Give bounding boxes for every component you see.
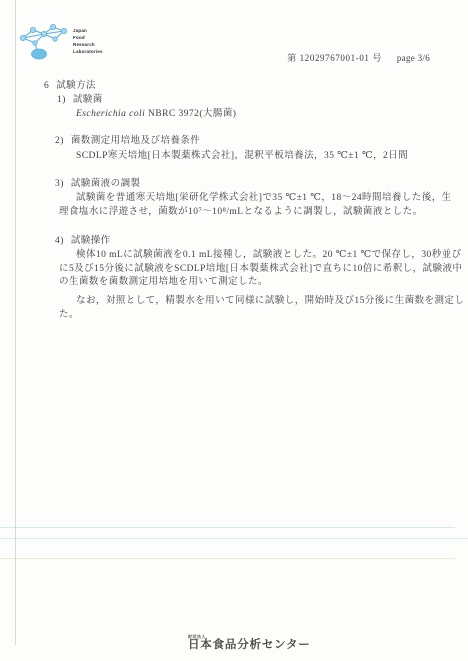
footer-org-name: 日本食品分析センター: [188, 639, 311, 652]
footer-logo: 財団法人 日本食品分析センター: [188, 634, 311, 652]
logo-wordmark: Japan Food Research Laboratories: [73, 27, 103, 55]
document-number-line: 第 12029767001-01 号 page 3/6: [287, 51, 430, 64]
subsection-4-line-1: 検体10 mLに試験菌液を0.1 mL接種し，試験液とした。20 ℃±1 ℃で保…: [76, 249, 462, 261]
subsection-1-number: 1): [57, 95, 66, 105]
species-name: Escherichia coli: [76, 109, 145, 119]
subsection-2-title: 菌数測定用培地及び培養条件: [71, 136, 200, 146]
section-heading: 6試験方法: [44, 80, 96, 92]
section-title: 試験方法: [56, 81, 96, 91]
subsection-4-heading: 4)試験操作: [55, 235, 111, 247]
subsection-2-line-1: SCDLP寒天培地[日本製薬株式会社]，混釈平板培養法，35 ℃±1 ℃，2日間: [76, 150, 408, 162]
subsection-1-heading: 1)試験菌: [57, 94, 103, 106]
document-page: Japan Food Research Laboratories 第 12029…: [0, 0, 468, 661]
subsection-4-line-5: た。: [59, 309, 79, 321]
subsection-3-line-2: 理食塩水に浮遊させ，菌数が10⁷～10⁸/mLとなるように調製し，試験菌液とした…: [59, 206, 423, 218]
subsection-3-heading: 3)試験菌液の調製: [55, 178, 140, 190]
logo-line-3: Research: [73, 41, 103, 48]
section-number: 6: [44, 81, 49, 91]
logo-line-1: Japan: [73, 27, 103, 34]
scan-artifact-vertical-line: [15, 0, 16, 645]
scan-artifact-blue-line-2: [0, 538, 468, 539]
subsection-2-number: 2): [55, 136, 64, 146]
subsection-4-line-4: なお，対照として，精製水を用いて同様に試験し，開始時及び15分後に生菌数を測定し: [76, 295, 464, 307]
subsection-2-heading: 2)菌数測定用培地及び培養条件: [55, 135, 200, 147]
jfrl-logo: Japan Food Research Laboratories: [18, 23, 103, 61]
molecule-logo-icon: [18, 23, 70, 61]
subsection-3-title: 試験菌液の調製: [71, 179, 141, 189]
subsection-1-title: 試験菌: [73, 95, 103, 105]
subsection-4-title: 試験操作: [71, 236, 111, 246]
subsection-1-content: Escherichia coli NBRC 3972(大腸菌): [76, 108, 236, 120]
subsection-4-number: 4): [55, 236, 64, 246]
scan-artifact-yellow-line: [0, 558, 455, 559]
strain-id: NBRC 3972(大腸菌): [145, 109, 236, 119]
document-number: 第 12029767001-01 号: [287, 53, 382, 63]
logo-line-4: Laboratories: [73, 48, 103, 55]
logo-line-2: Food: [73, 34, 103, 41]
page-indicator: page 3/6: [397, 53, 430, 63]
scan-artifact-blue-line-1: [0, 527, 455, 528]
subsection-4-line-2: に5及び15分後に試験液をSCDLP培地[日本製薬株式会社]で直ちに10倍に希釈…: [59, 263, 462, 275]
subsection-4-line-3: の生菌数を菌数測定用培地を用いて測定した。: [59, 276, 268, 288]
subsection-3-line-1: 試験菌を普通寒天培地[栄研化学株式会社]で35 ℃±1 ℃，18～24時間培養し…: [76, 192, 452, 204]
subsection-3-number: 3): [55, 179, 64, 189]
